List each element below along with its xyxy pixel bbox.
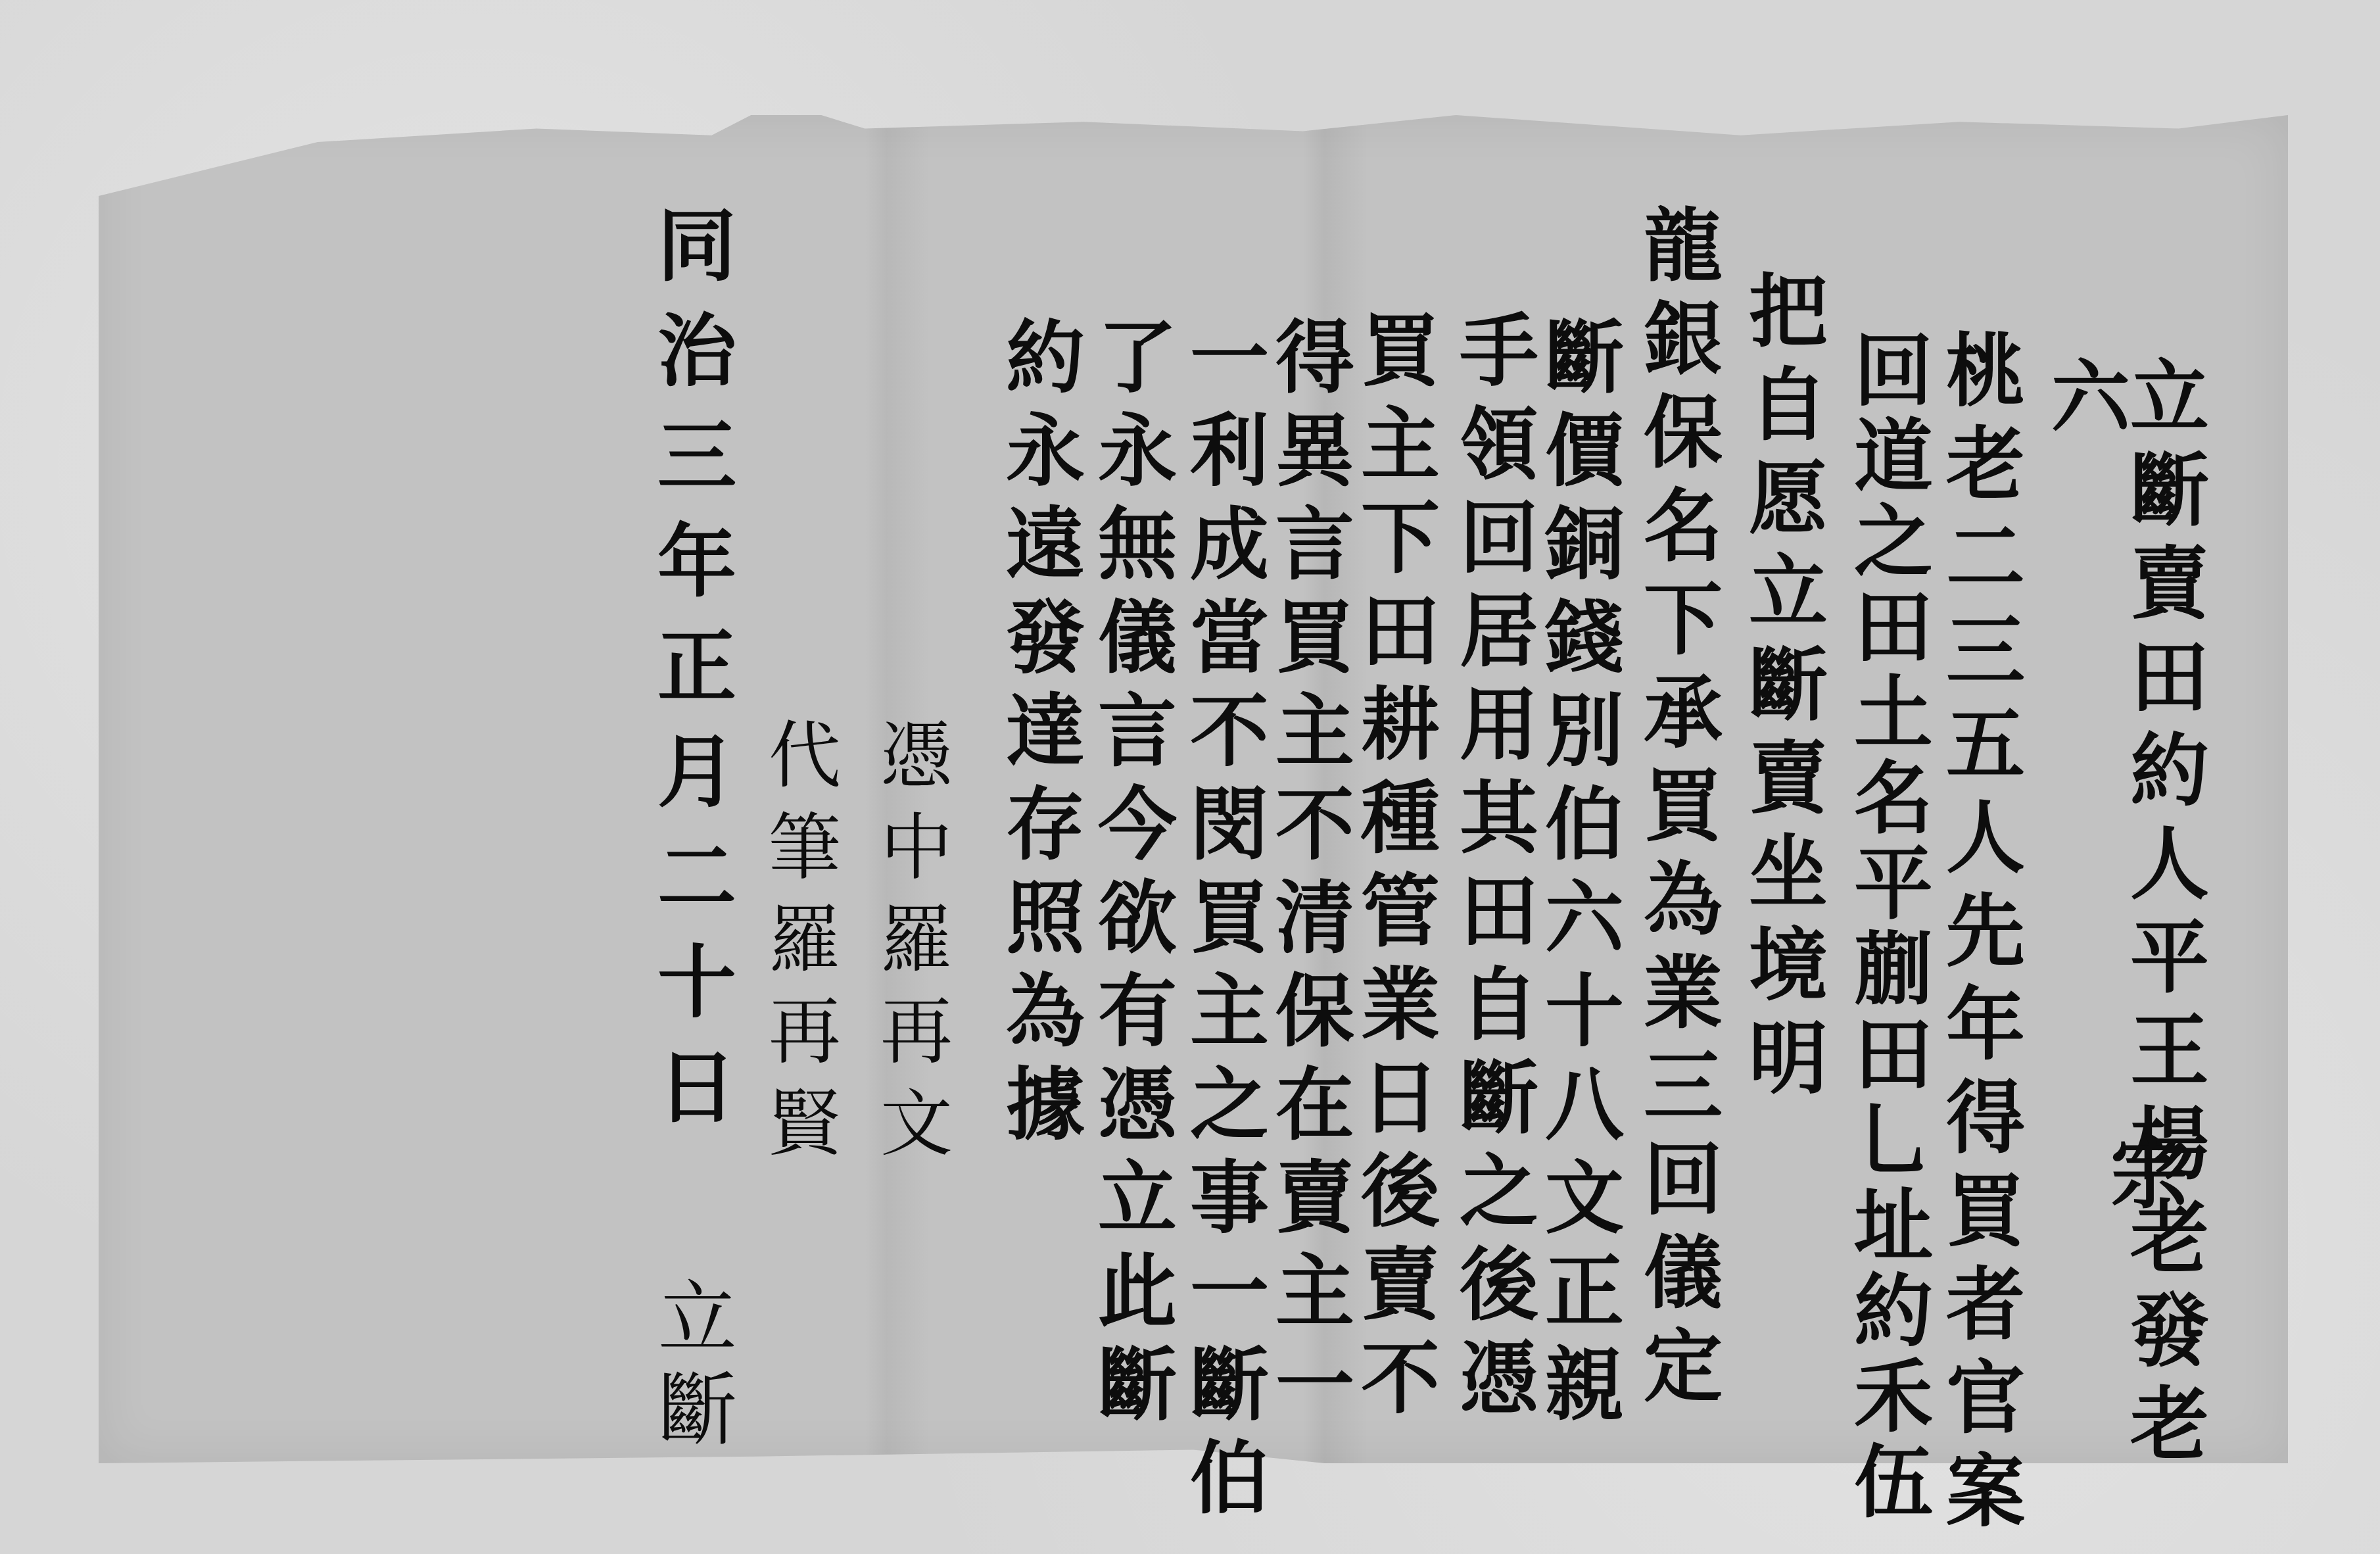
text-column-1-annotation: 宗 bbox=[2104, 1131, 2183, 1225]
date-column: 同治三年正月二十日 bbox=[651, 204, 730, 1151]
witness-signature: 憑中羅再文 bbox=[874, 717, 947, 1177]
text-column-8: 買主下田耕種管業日後賣不 bbox=[1354, 309, 1433, 1430]
text-column-2: 桃老二三五人先年得買者官案 bbox=[1940, 329, 2018, 1543]
text-column-1: 立斷賣田約人平王楊老發老六 bbox=[2045, 355, 2202, 1554]
scribe-signature: 代筆羅再賢 bbox=[763, 717, 835, 1177]
text-column-3: 回道之田土名平蒯田乚址約禾伍 bbox=[1847, 329, 1926, 1526]
text-column-10: 一利成當不閔買主之事一斷伯 bbox=[1183, 316, 1262, 1530]
text-column-5: 龍銀保名下承買為業三回儀定 bbox=[1637, 204, 1716, 1418]
text-column-12: 約永遠發達存照為據 bbox=[999, 316, 1078, 1156]
text-column-11: 了永無儀言今欲有憑立此斷 bbox=[1091, 316, 1170, 1436]
text-column-9: 得異言買主不清保在賣主一 bbox=[1269, 316, 1348, 1436]
text-column-6: 斷價銅錢別伯六十八文正親 bbox=[1538, 316, 1617, 1436]
text-column-7: 手領回居用其田自斷之後憑 bbox=[1453, 309, 1532, 1430]
closing-signature: 立斷 bbox=[651, 1276, 730, 1460]
text-column-4: 把自愿立斷賣坐境明 bbox=[1742, 270, 1821, 1110]
